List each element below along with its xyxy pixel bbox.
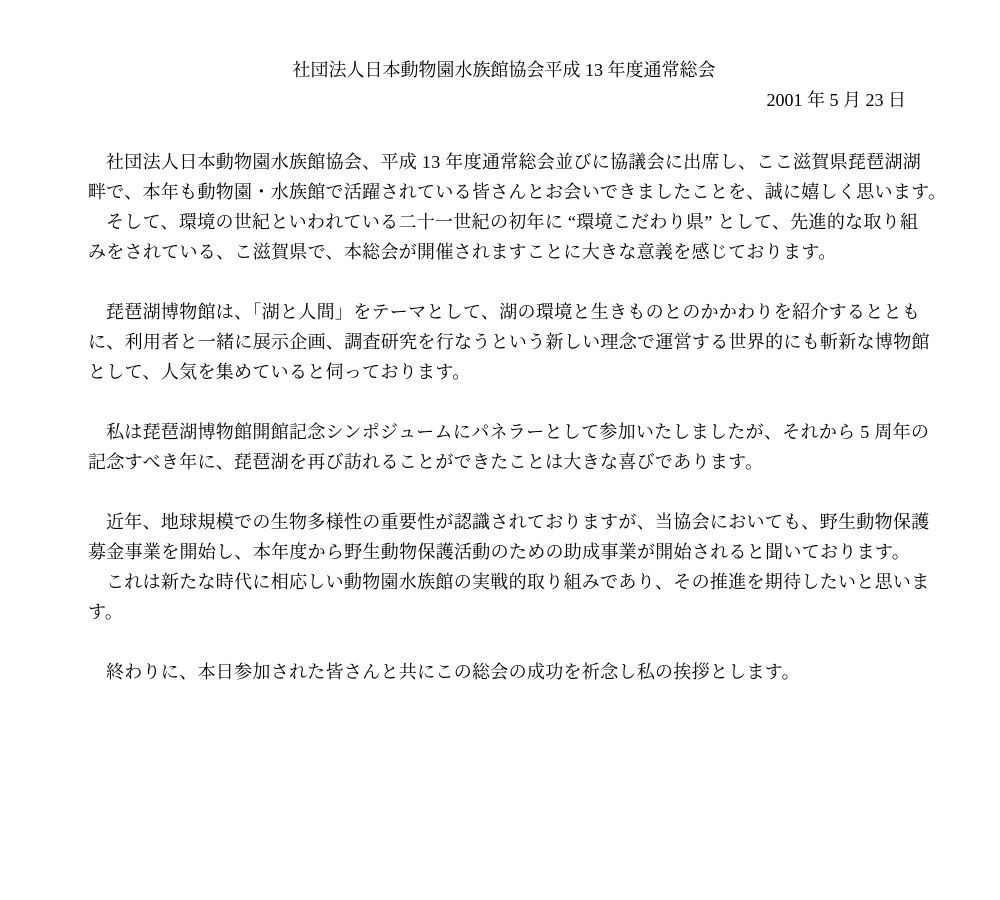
paragraph-block: 琵琶湖博物館は、「湖と人間」をテーマとして、湖の環境と生きものとのかかわりを紹介… bbox=[88, 297, 920, 387]
paragraph-block: 私は琵琶湖博物館開館記念シンポジュームにパネラーとして参加いたしましたが、それか… bbox=[88, 417, 920, 477]
paragraph-line: 社団法人日本動物園水族館協会、平成 13 年度通常総会並びに協議会に出席し、ここ… bbox=[88, 147, 920, 177]
paragraph-line: 畔で、本年も動物園・水族館で活躍されている皆さんとお会いできましたことを、誠に嬉… bbox=[88, 177, 920, 207]
paragraph-line: みをされている、こ滋賀県で、本総会が開催されますことに大きな意義を感じております… bbox=[88, 237, 920, 267]
paragraph-line: そして、環境の世紀といわれている二十一世紀の初年に “環境こだわり県” として、… bbox=[88, 207, 920, 237]
paragraph-line: に、利用者と一緒に展示企画、調査研究を行なうという新しい理念で運営する世界的にも… bbox=[88, 327, 920, 357]
paragraph-block: 近年、地球規模での生物多様性の重要性が認識されておりますが、当協会においても、野… bbox=[88, 507, 920, 627]
paragraph-block: 終わりに、本日参加された皆さんと共にこの総会の成功を祈念し私の挨拶とします。 bbox=[88, 657, 920, 687]
document-date: 2001 年 5 月 23 日 bbox=[88, 85, 920, 115]
paragraph-line: す。 bbox=[88, 597, 920, 627]
paragraph-line: 募金事業を開始し、本年度から野生動物保護活動のための助成事業が開始されると聞いて… bbox=[88, 537, 920, 567]
paragraph-line: これは新たな時代に相応しい動物園水族館の実戦的取り組みであり、その推進を期待した… bbox=[88, 567, 920, 597]
paragraph-line: 記念すべき年に、琵琶湖を再び訪れることができたことは大きな喜びであります。 bbox=[88, 447, 920, 477]
paragraph-line: 終わりに、本日参加された皆さんと共にこの総会の成功を祈念し私の挨拶とします。 bbox=[88, 657, 920, 687]
paragraph-line: として、人気を集めていると伺っております。 bbox=[88, 357, 920, 387]
paragraph-line: 近年、地球規模での生物多様性の重要性が認識されておりますが、当協会においても、野… bbox=[88, 507, 920, 537]
paragraph-block: 社団法人日本動物園水族館協会、平成 13 年度通常総会並びに協議会に出席し、ここ… bbox=[88, 147, 920, 267]
paragraph-line: 私は琵琶湖博物館開館記念シンポジュームにパネラーとして参加いたしましたが、それか… bbox=[88, 417, 920, 447]
paragraph-line: 琵琶湖博物館は、「湖と人間」をテーマとして、湖の環境と生きものとのかかわりを紹介… bbox=[88, 297, 920, 327]
document-title: 社団法人日本動物園水族館協会平成 13 年度通常総会 bbox=[88, 55, 920, 85]
document-page: 社団法人日本動物園水族館協会平成 13 年度通常総会 2001 年 5 月 23… bbox=[0, 0, 1000, 900]
